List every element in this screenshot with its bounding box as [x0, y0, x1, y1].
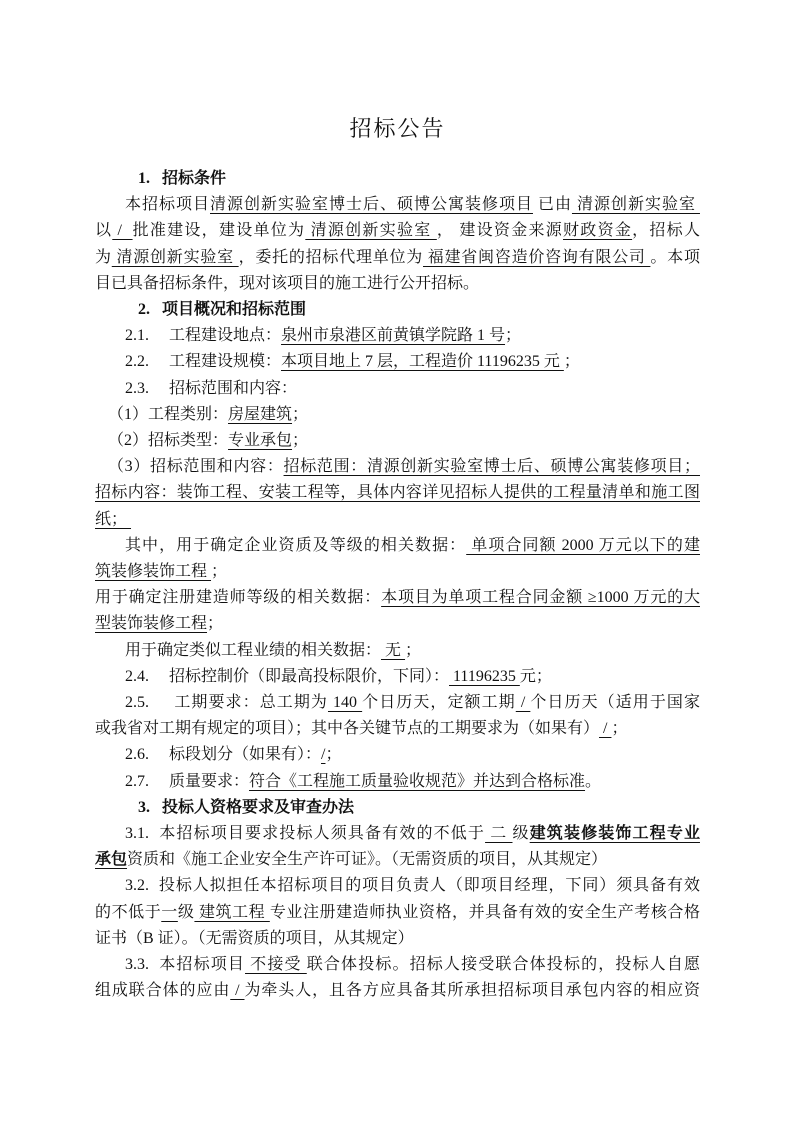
item-2-5-line-2: 或我省对工期有规定的项目）；其中各关键节点的工期要求为（如果有） / ；: [95, 716, 700, 742]
item-3-2-line-2: 的不低于一级 建筑工程 专业注册建造师执业资格，并具备有效的安全生产考核合格: [95, 900, 700, 926]
text-segment: 财政资金: [563, 222, 632, 239]
text-segment: 3.1. 本招标项目要求投标人须具备有效的不低于: [125, 825, 485, 842]
document-title: 招标公告: [95, 112, 700, 146]
text-segment: /: [516, 694, 531, 711]
text-segment: 目已具备招标条件，现对该项目的施工进行公开招标。: [95, 275, 479, 292]
item-2-4: 2.4. 招标控制价（即最高投标限价，下同）： 11196235 元；: [95, 664, 700, 690]
item-2-6: 2.6. 标段划分（如果有）：/；: [95, 742, 700, 768]
text-segment: 。: [585, 773, 601, 790]
text-segment: 不接受: [245, 956, 307, 973]
text-segment: ；: [405, 642, 421, 659]
text-segment: ；: [207, 615, 223, 632]
item-2-3-data-3: 用于确定类似工程业绩的相关数据： 无 ；: [95, 638, 700, 664]
item-2-3-data-1-line-1: 其中，用于确定企业资质及等级的相关数据： 单项合同额 2000 万元以下的建: [95, 533, 700, 559]
text-segment: 或我省对工期有规定的项目）；其中各关键节点的工期要求为（如果有）: [95, 720, 599, 737]
text-segment: 以: [95, 222, 112, 239]
item-2-3-sub-1: （1）工程类别：房屋建筑；: [95, 402, 700, 428]
item-2-3-data-2-line-1: 用于确定注册建造师等级的相关数据：本项目为单项工程合同金额 ≥1000 万元的大: [95, 585, 700, 611]
text-segment: 二: [485, 825, 512, 842]
item-3-3-line-2: 组成联合体的应由 / 为牵头人，且各方应具备其所承担招标项目承包内容的相应资: [95, 978, 700, 1004]
section-2-heading: 2. 项目概况和招标范围: [95, 297, 700, 323]
text-segment: 型装饰装修工程: [95, 615, 207, 632]
section-1-para-line-4: 目已具备招标条件，现对该项目的施工进行公开招标。: [95, 271, 700, 297]
text-segment: 专业承包: [228, 432, 292, 449]
text-segment: 房屋建筑: [228, 406, 292, 423]
text-segment: 招标内容：装饰工程、安装工程等，具体内容详见招标人提供的工程量清单和施工图: [95, 484, 700, 501]
section-1-heading: 1. 招标条件: [95, 166, 700, 192]
text-segment: 泉州市泉港区前黄镇学院路 1 号: [281, 327, 505, 344]
item-2-3-data-1-line-2: 筑装修装饰工程 ；: [95, 559, 700, 585]
text-segment: 3.3. 本招标项目: [125, 956, 245, 973]
item-2-3-sub-2: （2）招标类型：专业承包；: [95, 428, 700, 454]
text-segment: （2）招标类型：: [108, 432, 228, 449]
text-segment: 。本项: [650, 249, 700, 266]
item-2-3-sub-3-line-2: 招标内容：装饰工程、安装工程等，具体内容详见招标人提供的工程量清单和施工图: [95, 480, 700, 506]
text-segment: 2.3. 招标范围和内容：: [125, 380, 297, 397]
text-segment: 符合《工程施工质量验收规范》并达到合格标准: [249, 773, 585, 790]
text-segment: 140: [328, 694, 362, 711]
text-segment: （1）工程类别：: [108, 406, 228, 423]
item-2-3: 2.3. 招标范围和内容：: [95, 376, 700, 402]
text-segment: 清源创新实验室: [112, 249, 239, 266]
text-segment: 1. 招标条件: [138, 170, 226, 187]
item-2-3-sub-3-line-3: 纸；: [95, 507, 700, 533]
item-3-2-line-1: 3.2. 投标人拟担任本招标项目的项目负责人（即项目经理，下同）须具备有效: [95, 873, 700, 899]
item-2-3-sub-3-line-1: （3）招标范围和内容：招标范围：清源创新实验室博士后、硕博公寓装修项目；: [95, 454, 700, 480]
text-segment: 招标范围：清源创新实验室博士后、硕博公寓装修项目；: [284, 458, 700, 475]
item-2-7: 2.7. 质量要求：符合《工程施工质量验收规范》并达到合格标准。: [95, 769, 700, 795]
item-3-1-line-1: 3.1. 本招标项目要求投标人须具备有效的不低于 二 级建筑装修装饰工程专业: [95, 821, 700, 847]
text-segment: 资质和《施工企业安全生产许可证》。（无需资质的项目，从其规定）: [127, 851, 607, 868]
text-segment: 2.1. 工程建设地点：: [125, 327, 281, 344]
text-segment: 2.4. 招标控制价（即最高投标限价，下同）：: [125, 668, 449, 685]
text-segment: 的不低于: [95, 904, 161, 921]
text-segment: 其中，用于确定企业资质及等级的相关数据：: [125, 537, 466, 554]
text-segment: 本项目地上 7 层，工程造价 11196235 元: [281, 353, 564, 370]
text-segment: 无: [381, 642, 405, 659]
document-content: 招标公告 1. 招标条件本招标项目清源创新实验室博士后、硕博公寓装修项目 已由 …: [95, 112, 700, 1005]
text-segment: 筑装修装饰工程: [95, 563, 211, 580]
text-segment: 个日历天，定额工期: [362, 694, 516, 711]
text-segment: 建筑装修装饰工程专业: [530, 825, 700, 842]
text-segment: 已由: [533, 196, 572, 213]
text-segment: ；: [611, 720, 627, 737]
text-segment: /: [112, 222, 132, 239]
text-segment: 清源创新实验室: [572, 196, 700, 213]
text-segment: ；: [325, 746, 341, 763]
text-segment: （3）招标范围和内容：: [108, 458, 284, 475]
text-segment: 批准建设，建设单位为: [133, 222, 306, 239]
document-body: 1. 招标条件本招标项目清源创新实验室博士后、硕博公寓装修项目 已由 清源创新实…: [95, 166, 700, 1005]
text-segment: 清源创新实验室: [305, 222, 436, 239]
section-1-para-line-3: 为 清源创新实验室 ，委托的招标代理单位为 福建省闽咨造价咨询有限公司 。本项: [95, 245, 700, 271]
text-segment: ；: [292, 432, 308, 449]
text-segment: 2.6. 标段划分（如果有）：: [125, 746, 321, 763]
text-segment: 2. 项目概况和招标范围: [138, 301, 306, 318]
section-1-para-line-2: 以 / 批准建设，建设单位为 清源创新实验室 ， 建设资金来源财政资金，招标人: [95, 218, 700, 244]
text-segment: 个日历天（适用于国家: [530, 694, 700, 711]
text-segment: 证书（B 证）。（无需资质的项目，从其规定）: [95, 930, 414, 947]
text-segment: 为: [95, 249, 112, 266]
text-segment: 组成联合体的应由: [95, 982, 230, 999]
text-segment: 2.7. 质量要求：: [125, 773, 249, 790]
text-segment: 纸；: [95, 511, 131, 528]
text-segment: 本项目为单项工程合同金额 ≥1000 万元的大: [381, 589, 700, 606]
text-segment: 承包: [95, 851, 127, 868]
text-segment: 3.2. 投标人拟担任本招标项目的项目负责人（即项目经理，下同）须具备有效: [125, 877, 700, 894]
text-segment: ；: [564, 353, 580, 370]
text-segment: ， 建设资金来源: [437, 222, 563, 239]
text-segment: 一: [161, 904, 178, 921]
text-segment: 用于确定注册建造师等级的相关数据：: [95, 589, 381, 606]
document-page: 招标公告 1. 招标条件本招标项目清源创新实验室博士后、硕博公寓装修项目 已由 …: [0, 0, 793, 1122]
text-segment: ；: [211, 563, 227, 580]
text-segment: 福建省闽咨造价咨询有限公司: [423, 249, 650, 266]
section-3-heading: 3. 投标人资格要求及审查办法: [95, 795, 700, 821]
text-segment: 单项合同额 2000 万元以下的建: [466, 537, 700, 554]
text-segment: 3. 投标人资格要求及审查办法: [138, 799, 354, 816]
item-3-1-line-2: 承包资质和《施工企业安全生产许可证》。（无需资质的项目，从其规定）: [95, 847, 700, 873]
text-segment: /: [599, 720, 611, 737]
text-segment: 建筑工程: [194, 904, 269, 921]
text-segment: 级: [513, 825, 530, 842]
text-segment: 为牵头人，且各方应具备其所承担招标项目承包内容的相应资: [245, 982, 701, 999]
text-segment: ；: [505, 327, 521, 344]
item-2-1: 2.1. 工程建设地点：泉州市泉港区前黄镇学院路 1 号；: [95, 323, 700, 349]
text-segment: 清源创新实验室博士后、硕博公寓装修项目: [210, 196, 533, 213]
item-3-3-line-1: 3.3. 本招标项目 不接受 联合体投标。招标人接受联合体投标的，投标人自愿: [95, 952, 700, 978]
text-segment: 联合体投标。招标人接受联合体投标的，投标人自愿: [307, 956, 700, 973]
text-segment: 2.2. 工程建设规模：: [125, 353, 281, 370]
section-1-para-line-1: 本招标项目清源创新实验室博士后、硕博公寓装修项目 已由 清源创新实验室: [95, 192, 700, 218]
text-segment: 用于确定类似工程业绩的相关数据：: [125, 642, 381, 659]
item-2-5-line-1: 2.5. 工期要求：总工期为 140 个日历天，定额工期 / 个日历天（适用于国…: [95, 690, 700, 716]
item-3-2-line-3: 证书（B 证）。（无需资质的项目，从其规定）: [95, 926, 700, 952]
text-segment: ，委托的招标代理单位为: [239, 249, 423, 266]
text-segment: 2.5. 工期要求：总工期为: [125, 694, 328, 711]
item-2-3-data-2-line-2: 型装饰装修工程；: [95, 611, 700, 637]
text-segment: 11196235: [449, 668, 520, 685]
text-segment: 专业注册建造师执业资格，并具备有效的安全生产考核合格: [270, 904, 700, 921]
text-segment: ；: [292, 406, 308, 423]
text-segment: 级: [178, 904, 195, 921]
text-segment: 元；: [520, 668, 552, 685]
text-segment: 本招标项目: [125, 196, 210, 213]
item-2-2: 2.2. 工程建设规模：本项目地上 7 层，工程造价 11196235 元 ；: [95, 349, 700, 375]
text-segment: ，招标人: [632, 222, 700, 239]
text-segment: /: [230, 982, 244, 999]
